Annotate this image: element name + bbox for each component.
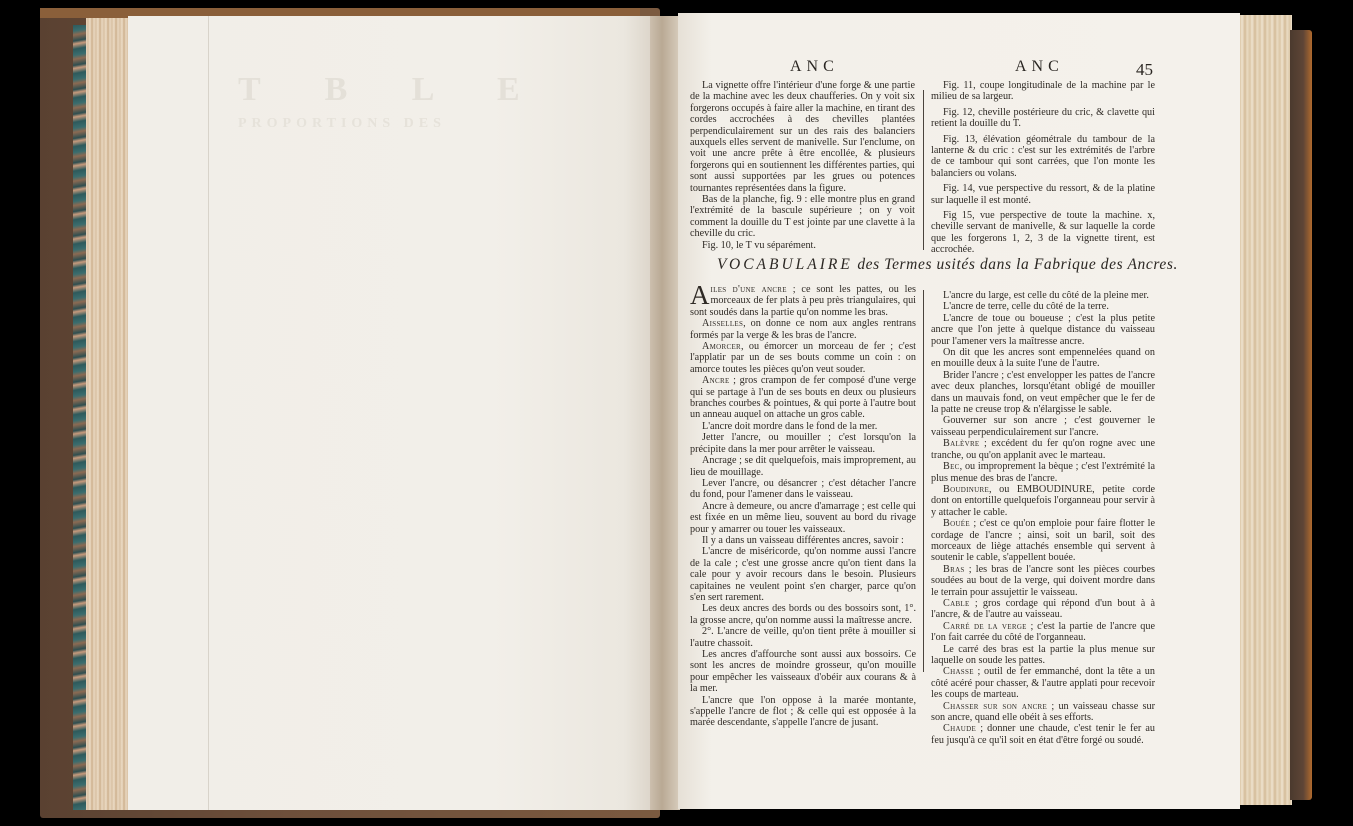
bleed-through-subheading: PROPORTIONS DES [238,116,446,132]
vocab-entry: Cable ; gros cordage qui répond d'un bou… [931,598,1155,621]
paragraph: Bas de la planche, fig. 9 : elle montre … [690,194,915,240]
paragraph: Fig. 10, le T vu séparément. [690,240,915,251]
vocab-term: Amorcer [702,341,741,352]
vocab-term: iles d'une ancre [711,284,787,295]
left-page: T B L E PROPORTIONS DES [128,16,650,810]
vocab-entry: Bec, ou improprement la bèque ; c'est l'… [931,461,1155,484]
running-head-left: ANC [790,58,839,76]
column-rule-top [923,90,924,250]
vocab-entry: L'ancre que l'on oppose à la marée monta… [690,695,916,729]
vocab-term: Bouée [943,518,970,529]
vocab-term: Boudinure [943,484,989,495]
vocab-entry: Gouverner sur son ancre ; c'est gouverne… [931,415,1155,438]
vocab-entry: Amorcer, ou émorcer un morceau de fer ; … [690,341,916,375]
vocab-term: Bec [943,461,960,472]
drop-cap: A [690,285,710,305]
book-gutter [650,16,680,810]
paragraph: Fig. 14, vue perspective du ressort, & d… [931,183,1155,206]
vocabulary-title-main: VOCABULAIRE [717,256,853,273]
page-fold-line [208,16,209,810]
vocab-entry: Boudinure, ou EMBOUDINURE, petite corde … [931,484,1155,518]
bleed-through-heading: T B L E [238,71,548,109]
vocab-text: ; les bras de l'ancre sont les pièces co… [931,564,1155,598]
vocab-entry: L'ancre de miséricorde, qu'on nomme auss… [690,546,916,603]
vocab-term: Chasser sur son ancre [943,701,1047,712]
vocab-term: Cable [943,598,970,609]
vocab-entry: Ancrage ; se dit quelquefois, mais impro… [690,455,916,478]
vocab-entry: Chasser sur son ancre ; un vaisseau chas… [931,701,1155,724]
vocab-term: Carré de la verge [943,621,1027,632]
vocab-entry: Chasse ; outil de fer emmanché, dont la … [931,666,1155,700]
vocab-entry: Lever l'ancre, ou désancrer ; c'est déta… [690,478,916,501]
paragraph: Fig. 12, cheville postérieure du cric, &… [931,107,1155,130]
plate-description-right-column: Fig. 11, coupe longitudinale de la machi… [931,80,1155,256]
vocab-entry: Il y a dans un vaisseau différentes ancr… [690,535,916,546]
vocabulary-left-column: Ailes d'une ancre ; ce sont les pattes, … [690,284,916,729]
vocab-entry: Chaude ; donner une chaude, c'est tenir … [931,723,1155,746]
vocab-entry: Bouée ; c'est ce qu'on emploie pour fair… [931,518,1155,564]
vocab-term: Chaude [943,723,976,734]
vocab-term: Ancre [702,375,730,386]
vocab-entry: Ailes d'une ancre ; ce sont les pattes, … [690,284,916,318]
page-number: 45 [1136,60,1153,80]
vocab-entry: Brider l'ancre ; c'est envelopper les pa… [931,370,1155,416]
page-stack-right [1237,15,1292,805]
vocab-entry: Les ancres d'affourche sont aussi aux bo… [690,649,916,695]
vocab-entry: Jetter l'ancre, ou mouiller ; c'est lors… [690,432,916,455]
paragraph: La vignette offre l'intérieur d'une forg… [690,80,915,194]
vocabulary-right-column: L'ancre du large, est celle du côté de l… [931,290,1155,746]
vocab-entry: Ancre à demeure, ou ancre d'amarrage ; e… [690,501,916,535]
vocab-text: , ou improprement la bèque ; c'est l'ext… [931,461,1155,483]
paragraph: Fig. 13, élévation géométrale du tambour… [931,134,1155,180]
running-head-right: ANC [1015,58,1064,76]
column-rule-bottom [923,290,924,672]
book-cover-right [1290,30,1312,800]
vocab-entry: L'ancre doit mordre dans le fond de la m… [690,421,916,432]
vocab-entry: L'ancre du large, est celle du côté de l… [931,290,1155,301]
vocab-entry: 2°. L'ancre de veille, qu'on tient prête… [690,626,916,649]
vocab-entry: Aisselles, on donne ce nom aux angles re… [690,318,916,341]
vocab-term: Bras [943,564,965,575]
paragraph: Fig. 11, coupe longitudinale de la machi… [931,80,1155,103]
vocab-entry: Bras ; les bras de l'ancre sont les pièc… [931,564,1155,598]
vocab-term: Chasse [943,666,974,677]
page-stack-left [86,18,128,810]
vocab-term: Balèvre [943,438,980,449]
vocab-term: Aisselles [702,318,743,329]
vocab-entry: Les deux ancres des bords ou des bossoir… [690,603,916,626]
paragraph: Fig 15, vue perspective de toute la mach… [931,210,1155,256]
vocab-entry: L'ancre de toue ou boueuse ; c'est la pl… [931,313,1155,347]
vocab-entry: Le carré des bras est la partie la plus … [931,644,1155,667]
marbled-endpaper [73,25,87,810]
vocab-entry: Balèvre ; excédent du fer qu'on rogne av… [931,438,1155,461]
vocabulary-title: VOCABULAIRE des Termes usités dans la Fa… [717,256,1178,274]
plate-description-left-column: La vignette offre l'intérieur d'une forg… [690,80,915,251]
vocab-entry: Ancre ; gros crampon de fer composé d'un… [690,375,916,421]
vocab-entry: Carré de la verge ; c'est la partie de l… [931,621,1155,644]
vocab-entry: L'ancre de terre, celle du côté de la te… [931,301,1155,312]
vocabulary-title-rest: des Termes usités dans la Fabrique des A… [853,256,1178,273]
vocab-entry: On dit que les ancres sont empennelées q… [931,347,1155,370]
